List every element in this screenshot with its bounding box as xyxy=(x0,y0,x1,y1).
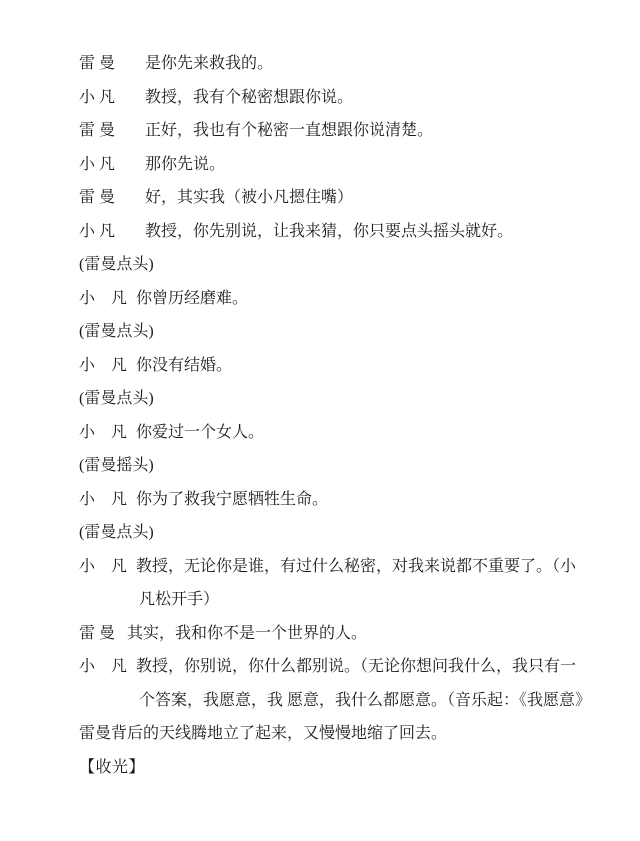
dialogue-line: 小 凡教授，无论你是谁，有过什么秘密，对我来说都不重要了。（小 xyxy=(79,550,584,584)
dialogue-text: 个答案，我愿意，我 愿意，我什么都愿意。（音乐起：《我愿意》 xyxy=(139,692,591,709)
speaker-name: 小 凡 xyxy=(79,81,145,115)
stage-text: (雷曼点头) xyxy=(79,390,154,407)
dialogue-continuation-line: 个答案，我愿意，我 愿意，我什么都愿意。（音乐起：《我愿意》 xyxy=(79,684,584,718)
speaker-name: 雷 曼 xyxy=(79,47,145,81)
dialogue-text: 你为了救我宁愿牺牲生命。 xyxy=(136,491,328,508)
dialogue-line: 小 凡那你先说。 xyxy=(79,148,584,182)
document-page: 雷 曼是你先来救我的。 小 凡教授，我有个秘密想跟你说。 雷 曼正好，我也有个秘… xyxy=(0,0,640,841)
speaker-name: 小 凡 xyxy=(79,483,136,517)
dialogue-text: 凡松开手） xyxy=(139,591,219,608)
dialogue-line: 雷 曼正好，我也有个秘密一直想跟你说清楚。 xyxy=(79,114,584,148)
speaker-name: 小 凡 xyxy=(79,349,136,383)
dialogue-text: 其实，我和你不是一个世界的人。 xyxy=(127,625,367,642)
stage-text: (雷曼点头) xyxy=(79,323,154,340)
dialogue-text: 那你先说。 xyxy=(145,156,225,173)
speaker-name: 雷 曼 xyxy=(79,617,127,651)
dialogue-text: 你没有结婚。 xyxy=(136,357,232,374)
speaker-name: 小 凡 xyxy=(79,215,145,249)
dialogue-line: 雷 曼好，其实我（被小凡摁住嘴） xyxy=(79,181,584,215)
speaker-name: 小 凡 xyxy=(79,550,136,584)
speaker-name: 雷 曼 xyxy=(79,181,145,215)
action-text: 雷曼背后的天线腾地立了起来，又慢慢地缩了回去。 xyxy=(79,725,447,742)
dialogue-line: 小 凡你曾历经磨难。 xyxy=(79,282,584,316)
stage-text: (雷曼点头) xyxy=(79,524,154,541)
dialogue-text: 正好，我也有个秘密一直想跟你说清楚。 xyxy=(145,122,433,139)
speaker-name: 小 凡 xyxy=(79,282,136,316)
lighting-cue-text: 【收光】 xyxy=(79,759,145,776)
stage-text: (雷曼点头) xyxy=(79,256,154,273)
lighting-cue: 【收光】 xyxy=(79,751,584,785)
stage-direction: (雷曼点头) xyxy=(79,315,584,349)
dialogue-line: 小 凡教授，我有个秘密想跟你说。 xyxy=(79,81,584,115)
dialogue-text: 是你先来救我的。 xyxy=(145,55,273,72)
stage-direction: (雷曼摇头) xyxy=(79,449,584,483)
speaker-name: 雷 曼 xyxy=(79,114,145,148)
dialogue-text: 教授，你别说，你什么都别说。（无论你想问我什么，我只有一 xyxy=(136,658,576,675)
dialogue-line: 雷 曼是你先来救我的。 xyxy=(79,47,584,81)
stage-direction: (雷曼点头) xyxy=(79,382,584,416)
action-line: 雷曼背后的天线腾地立了起来，又慢慢地缩了回去。 xyxy=(79,717,584,751)
speaker-name: 小 凡 xyxy=(79,148,145,182)
dialogue-line: 雷 曼其实，我和你不是一个世界的人。 xyxy=(79,617,584,651)
dialogue-line: 小 凡教授，你先别说，让我来猜，你只要点头摇头就好。 xyxy=(79,215,584,249)
dialogue-line: 小 凡你爱过一个女人。 xyxy=(79,416,584,450)
stage-direction: (雷曼点头) xyxy=(79,248,584,282)
stage-text: (雷曼摇头) xyxy=(79,457,154,474)
speaker-name: 小 凡 xyxy=(79,650,136,684)
dialogue-line: 小 凡你没有结婚。 xyxy=(79,349,584,383)
dialogue-text: 好，其实我（被小凡摁住嘴） xyxy=(145,189,353,206)
dialogue-continuation-line: 凡松开手） xyxy=(79,583,584,617)
dialogue-line: 小 凡教授，你别说，你什么都别说。（无论你想问我什么，我只有一 xyxy=(79,650,584,684)
dialogue-text: 教授，我有个秘密想跟你说。 xyxy=(145,89,353,106)
dialogue-text: 教授，你先别说，让我来猜，你只要点头摇头就好。 xyxy=(145,223,513,240)
dialogue-text: 你爱过一个女人。 xyxy=(136,424,264,441)
dialogue-text: 你曾历经磨难。 xyxy=(136,290,248,307)
dialogue-text: 教授，无论你是谁，有过什么秘密，对我来说都不重要了。（小 xyxy=(136,558,576,575)
speaker-name: 小 凡 xyxy=(79,416,136,450)
stage-direction: (雷曼点头) xyxy=(79,516,584,550)
dialogue-line: 小 凡你为了救我宁愿牺牲生命。 xyxy=(79,483,584,517)
